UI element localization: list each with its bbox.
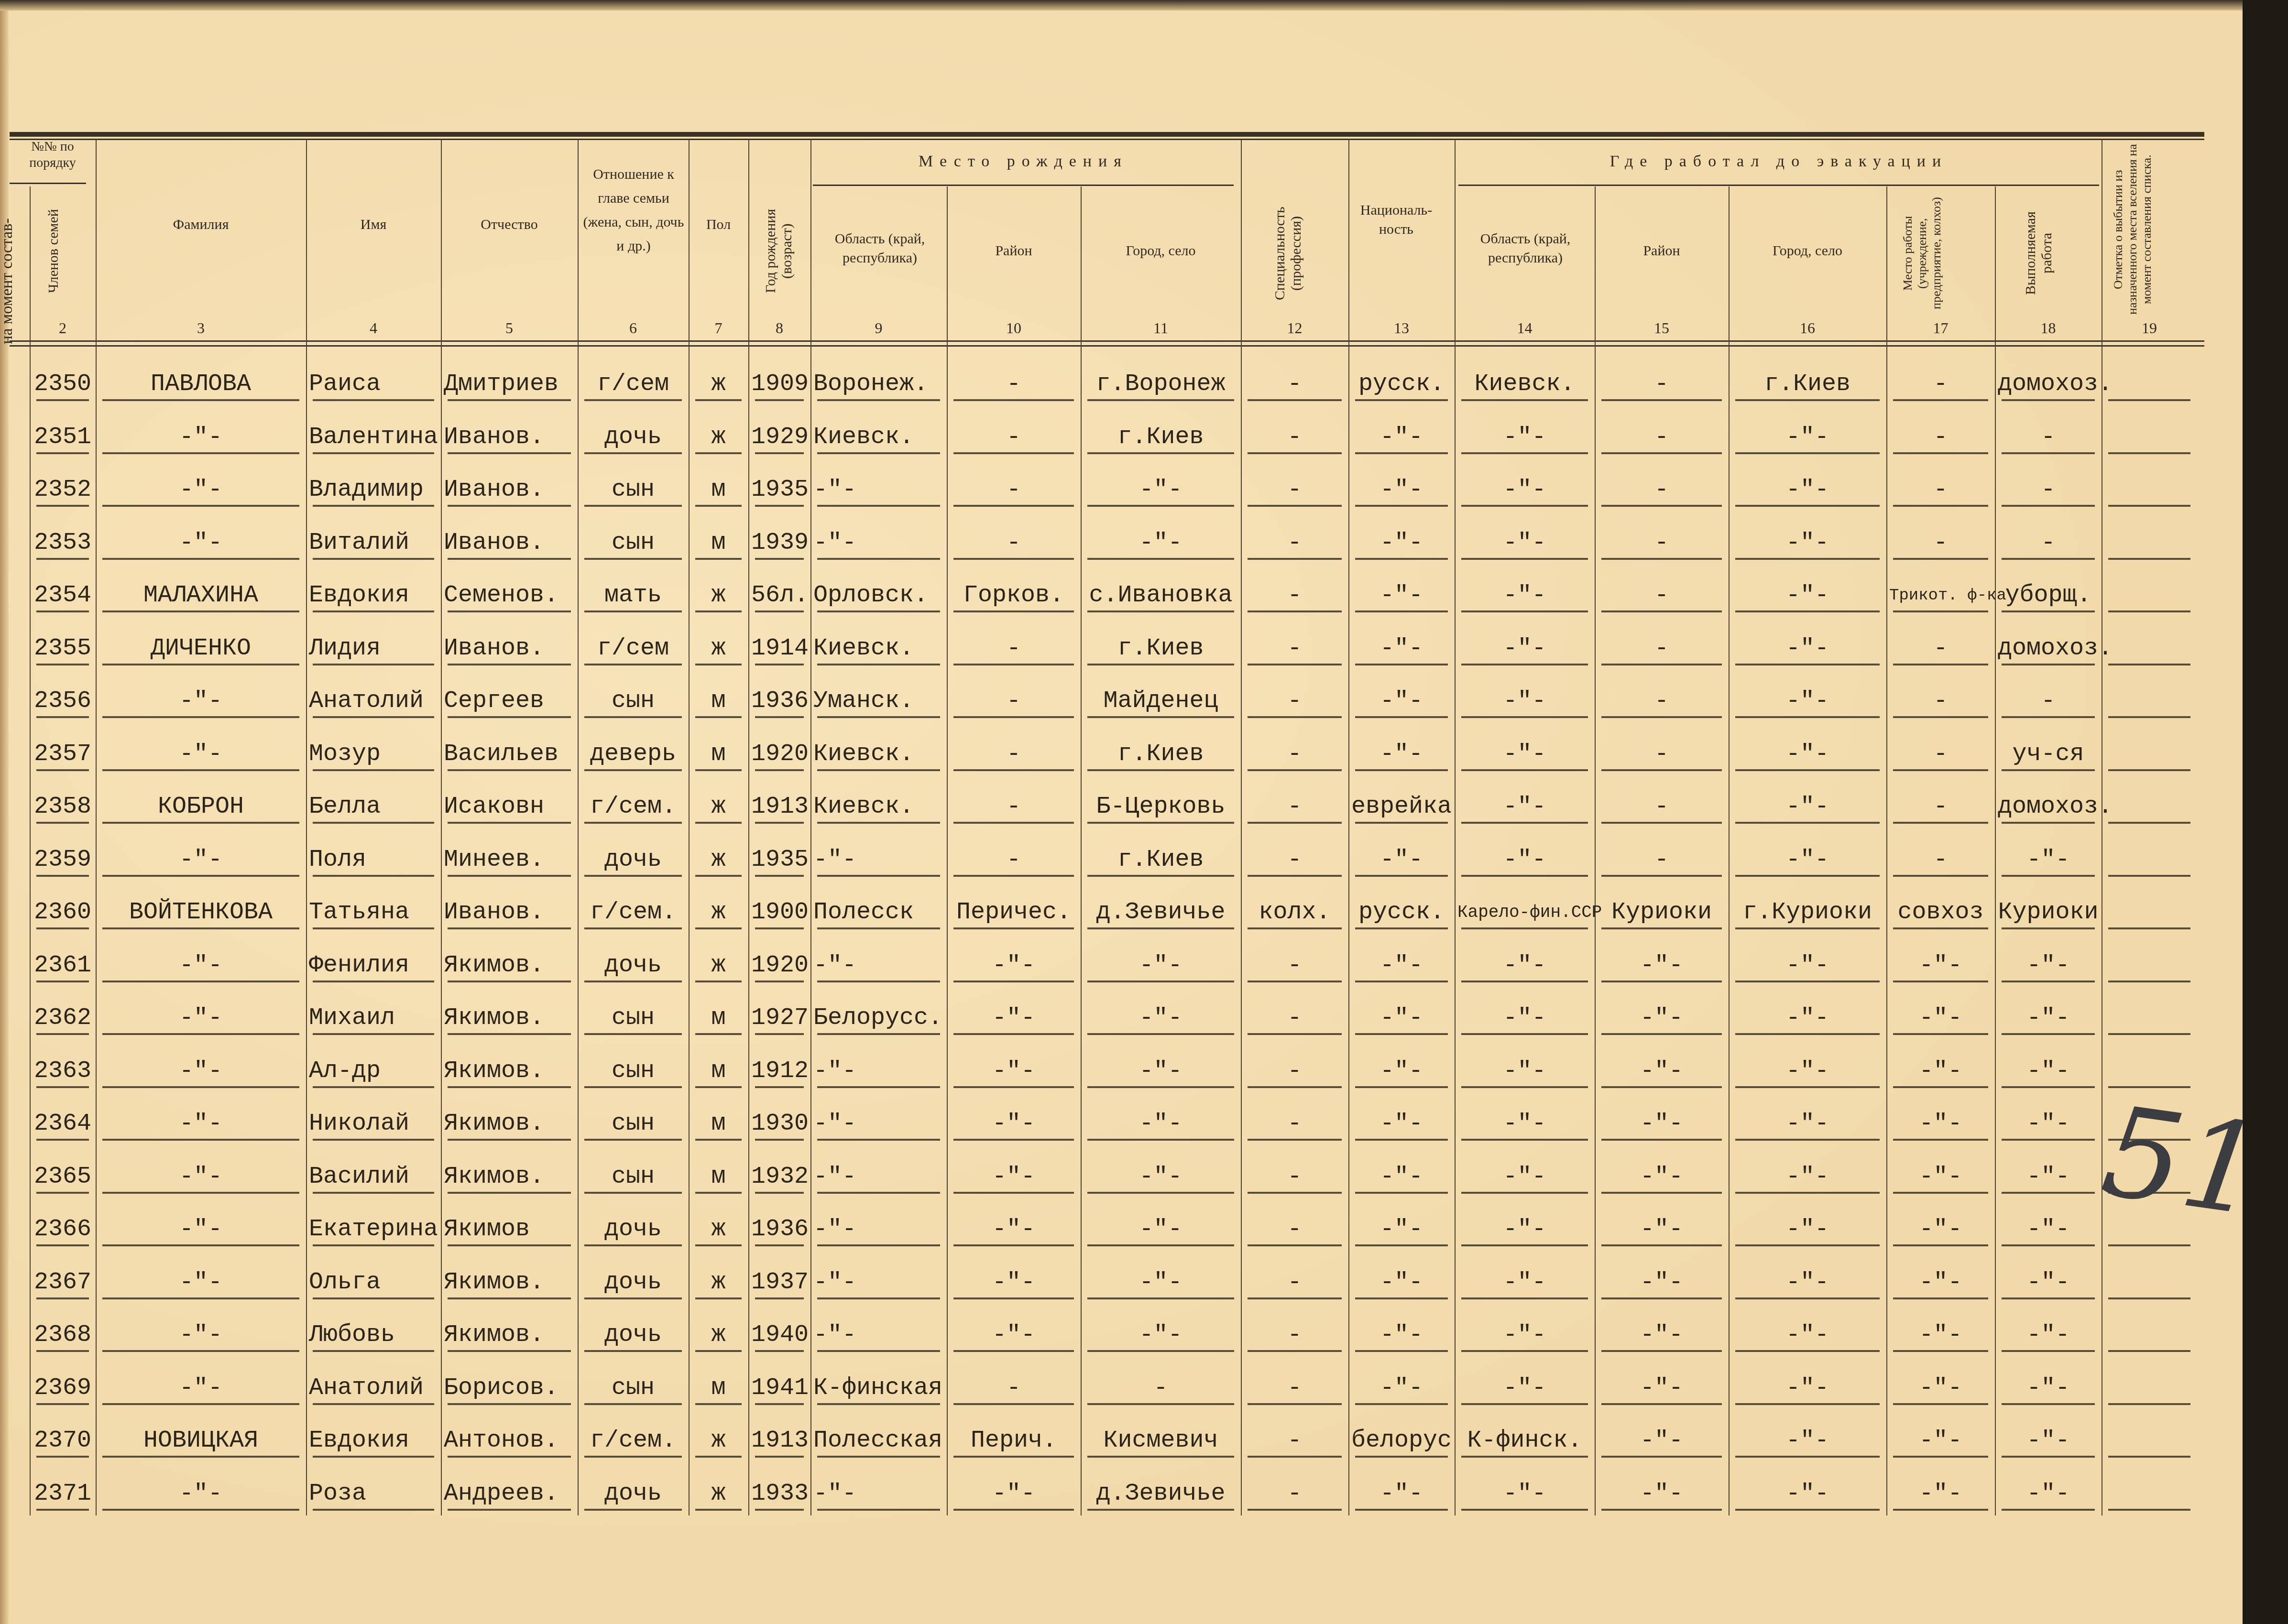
- cell-job: -"-: [1998, 1427, 2099, 1455]
- cell-work-city: -"-: [1731, 741, 1883, 768]
- cell-work-district: -: [1598, 424, 1726, 451]
- row-underline: [1248, 1403, 1342, 1405]
- row-underline: [1355, 822, 1448, 824]
- row-underline: [1735, 1086, 1880, 1088]
- row-underline: [817, 1244, 940, 1246]
- col-line: [1241, 139, 1242, 1515]
- row-underline: [1735, 1509, 1880, 1511]
- row-underline: [1087, 452, 1234, 454]
- cell-job: домохоз.: [1998, 371, 2099, 398]
- col-line: [1348, 139, 1349, 1515]
- cell-first-name: Ал-др: [309, 1057, 438, 1085]
- cell-nationality: белорус: [1351, 1427, 1452, 1455]
- row-underline: [1248, 1033, 1342, 1035]
- cell-nationality: -"-: [1351, 952, 1452, 980]
- row-underline: [1735, 769, 1880, 771]
- col-line: [689, 139, 690, 1515]
- cell-work-city: -"-: [1731, 1480, 1883, 1508]
- cell-work-region: -"-: [1457, 1163, 1592, 1191]
- row-underline: [1355, 981, 1448, 982]
- cell-first-name: Владимир: [309, 476, 438, 504]
- row-underline: [2108, 558, 2190, 560]
- row-underline: [1248, 664, 1342, 665]
- cell-row-number: 2365: [33, 1163, 93, 1191]
- row-underline: [1893, 1033, 1988, 1035]
- row-underline: [102, 769, 299, 771]
- row-underline: [1248, 1139, 1342, 1141]
- cell-birth-region: Орловск.: [813, 582, 944, 610]
- header-order-number: №№ по порядку: [10, 139, 96, 171]
- row-underline: [102, 875, 299, 877]
- row-underline: [2108, 610, 2190, 612]
- row-underline: [755, 399, 804, 401]
- row-underline: [1461, 399, 1588, 401]
- row-underline: [755, 1456, 804, 1458]
- row-underline: [584, 1139, 682, 1141]
- colnum-18: 18: [1995, 319, 2102, 338]
- row-underline: [584, 1244, 682, 1246]
- cell-birth-city: Б-Церковь: [1084, 793, 1238, 821]
- col-line: [1995, 186, 1996, 1515]
- row-underline: [817, 1403, 940, 1405]
- row-underline: [1601, 1456, 1722, 1458]
- cell-workplace: -: [1889, 529, 1992, 557]
- row-underline: [1248, 822, 1342, 824]
- row-underline: [1087, 1509, 1234, 1511]
- row-underline: [584, 1192, 682, 1194]
- row-underline: [584, 1086, 682, 1088]
- row-underline: [695, 1297, 742, 1299]
- header-bottom-rule: [10, 340, 2204, 342]
- cell-birth-year: 1920: [751, 952, 808, 980]
- row-underline: [2108, 505, 2190, 507]
- row-underline: [36, 1139, 89, 1141]
- cell-specialty: -: [1244, 846, 1346, 874]
- colnum-12: 12: [1241, 319, 1348, 338]
- row-underline: [755, 927, 804, 929]
- row-underline: [2002, 1244, 2095, 1246]
- cell-birth-city: -"-: [1084, 952, 1238, 980]
- cell-patronymic: Иванов.: [444, 899, 575, 926]
- cell-birth-year: 1936: [751, 687, 808, 715]
- cell-birth-region: Киевск.: [813, 635, 944, 663]
- header-birth-year: Год рождения (возраст): [763, 186, 796, 316]
- row-underline: [102, 822, 299, 824]
- cell-nationality: -"-: [1351, 1216, 1452, 1243]
- row-underline: [1461, 1244, 1588, 1246]
- header-work-district: Район: [1595, 241, 1729, 261]
- cell-row-number: 2351: [33, 424, 93, 451]
- row-underline: [695, 1509, 742, 1511]
- cell-surname: -"-: [99, 1110, 303, 1138]
- row-underline: [953, 981, 1074, 982]
- row-underline: [36, 769, 89, 771]
- cell-birth-city: с.Ивановка: [1084, 582, 1238, 610]
- cell-work-district: -: [1598, 582, 1726, 610]
- cell-surname: -"-: [99, 424, 303, 451]
- cell-relation: дочь: [580, 846, 686, 874]
- row-underline: [1735, 1403, 1880, 1405]
- row-underline: [755, 1509, 804, 1511]
- row-underline: [2108, 399, 2190, 401]
- row-underline: [102, 1456, 299, 1458]
- scan-border: [2243, 0, 2288, 1624]
- col-line: [947, 186, 948, 1515]
- row-underline: [448, 1033, 571, 1035]
- row-underline: [953, 769, 1074, 771]
- cell-work-city: -"-: [1731, 952, 1883, 980]
- cell-sex: ж: [691, 1480, 745, 1508]
- row-underline: [584, 1350, 682, 1352]
- cell-patronymic: Иванов.: [444, 529, 575, 557]
- cell-specialty: -: [1244, 582, 1346, 610]
- cell-nationality: -"-: [1351, 635, 1452, 663]
- row-underline: [695, 664, 742, 665]
- row-underline: [817, 505, 940, 507]
- cell-nationality: -"-: [1351, 687, 1452, 715]
- cell-work-district: -"-: [1598, 1110, 1726, 1138]
- row-underline: [102, 664, 299, 665]
- row-underline: [953, 1086, 1074, 1088]
- cell-birth-district: -"-: [950, 1057, 1078, 1085]
- col-line: [1081, 186, 1082, 1515]
- row-underline: [695, 716, 742, 718]
- row-underline: [817, 558, 940, 560]
- row-underline: [817, 1033, 940, 1035]
- archival-evacuee-list-page: на момент состав- №№ по порядку Членов с…: [0, 0, 2243, 1624]
- row-underline: [2108, 822, 2190, 824]
- row-underline: [817, 1192, 940, 1194]
- row-underline: [817, 927, 940, 929]
- cell-work-district: -"-: [1598, 1269, 1726, 1297]
- cell-specialty: -: [1244, 687, 1346, 715]
- cell-sex: м: [691, 1057, 745, 1085]
- row-underline: [313, 399, 434, 401]
- row-underline: [755, 1086, 804, 1088]
- cell-birth-district: -"-: [950, 952, 1078, 980]
- cell-specialty: -: [1244, 1374, 1346, 1402]
- row-underline: [1355, 1456, 1448, 1458]
- cell-relation: г/сем: [580, 371, 686, 398]
- cell-patronymic: Якимов.: [444, 1004, 575, 1032]
- cell-first-name: Анатолий: [309, 687, 438, 715]
- cell-work-region: -"-: [1457, 635, 1592, 663]
- row-underline: [1893, 1403, 1988, 1405]
- cell-sex: м: [691, 1004, 745, 1032]
- cell-birth-district: -: [950, 687, 1078, 715]
- row-underline: [2002, 875, 2095, 877]
- cell-relation: дочь: [580, 1480, 686, 1508]
- cell-work-city: -"-: [1731, 687, 1883, 715]
- cell-first-name: Екатерина: [309, 1216, 438, 1243]
- numbering-rule: [10, 183, 86, 184]
- cell-relation: мать: [580, 582, 686, 610]
- row-underline: [2002, 822, 2095, 824]
- cell-birth-city: -"-: [1084, 1057, 1238, 1085]
- colnum-11: 11: [1081, 319, 1241, 338]
- cell-sex: ж: [691, 635, 745, 663]
- cell-surname: ВОЙТЕНКОВА: [99, 899, 303, 926]
- cell-work-city: -"-: [1731, 846, 1883, 874]
- row-underline: [313, 822, 434, 824]
- cell-workplace: -"-: [1889, 1269, 1992, 1297]
- row-underline: [448, 822, 571, 824]
- row-underline: [755, 664, 804, 665]
- cell-work-region: Киевск.: [1457, 371, 1592, 398]
- row-underline: [584, 399, 682, 401]
- cell-birth-region: Уманск.: [813, 687, 944, 715]
- cell-patronymic: Якимов.: [444, 1110, 575, 1138]
- row-underline: [1087, 1086, 1234, 1088]
- row-underline: [1893, 769, 1988, 771]
- cell-job: -"-: [1998, 1004, 2099, 1032]
- cell-job: -"-: [1998, 1057, 2099, 1085]
- cell-job: -"-: [1998, 1374, 2099, 1402]
- cell-birth-year: 1935: [751, 476, 808, 504]
- cell-relation: дочь: [580, 1321, 686, 1349]
- cell-birth-city: г.Киев: [1084, 424, 1238, 451]
- cell-work-district: -: [1598, 741, 1726, 768]
- row-underline: [755, 716, 804, 718]
- cell-nationality: -"-: [1351, 1269, 1452, 1297]
- row-underline: [2108, 452, 2190, 454]
- cell-birth-year: 1900: [751, 899, 808, 926]
- colnum-8: 8: [748, 319, 810, 338]
- row-underline: [755, 769, 804, 771]
- row-underline: [584, 1033, 682, 1035]
- row-underline: [36, 610, 89, 612]
- row-underline: [584, 981, 682, 982]
- cell-first-name: Евдокия: [309, 582, 438, 610]
- row-underline: [2002, 1297, 2095, 1299]
- cell-workplace: совхоз: [1889, 899, 1992, 926]
- row-underline: [448, 610, 571, 612]
- cell-work-region: -"-: [1457, 846, 1592, 874]
- cell-sex: ж: [691, 1427, 745, 1455]
- cell-job: -: [1998, 687, 2099, 715]
- cell-specialty: -: [1244, 1057, 1346, 1085]
- row-underline: [2108, 664, 2190, 665]
- cell-work-city: -"-: [1731, 635, 1883, 663]
- cell-birth-city: г.Киев: [1084, 741, 1238, 768]
- cell-workplace: -"-: [1889, 1163, 1992, 1191]
- cell-nationality: -"-: [1351, 529, 1452, 557]
- cell-specialty: -: [1244, 371, 1346, 398]
- row-underline: [2108, 769, 2190, 771]
- row-underline: [1248, 610, 1342, 612]
- row-underline: [1601, 558, 1722, 560]
- cell-surname: -"-: [99, 476, 303, 504]
- cell-birth-city: г.Киев: [1084, 635, 1238, 663]
- row-underline: [755, 1297, 804, 1299]
- row-underline: [953, 822, 1074, 824]
- row-underline: [695, 1403, 742, 1405]
- cell-surname: -"-: [99, 1057, 303, 1085]
- colnum-9: 9: [810, 319, 947, 338]
- row-underline: [1601, 610, 1722, 612]
- cell-nationality: -"-: [1351, 1163, 1452, 1191]
- row-underline: [1461, 1509, 1588, 1511]
- row-underline: [448, 1350, 571, 1352]
- row-underline: [1248, 505, 1342, 507]
- row-underline: [1601, 1297, 1722, 1299]
- row-underline: [755, 822, 804, 824]
- cell-work-city: г.Киев: [1731, 371, 1883, 398]
- cell-work-region: -"-: [1457, 529, 1592, 557]
- cell-birth-district: -"-: [950, 1110, 1078, 1138]
- row-underline: [102, 1403, 299, 1405]
- cell-patronymic: Иванов.: [444, 424, 575, 451]
- cell-work-district: -"-: [1598, 1163, 1726, 1191]
- cell-birth-region: Киевск.: [813, 424, 944, 451]
- colnum-13: 13: [1348, 319, 1455, 338]
- row-underline: [36, 505, 89, 507]
- row-underline: [1461, 1033, 1588, 1035]
- row-underline: [313, 1033, 434, 1035]
- cell-specialty: -: [1244, 1216, 1346, 1243]
- cell-specialty: -: [1244, 1269, 1346, 1297]
- row-underline: [953, 927, 1074, 929]
- cell-first-name: Виталий: [309, 529, 438, 557]
- cell-work-district: Куриоки: [1598, 899, 1726, 926]
- col-line: [441, 139, 442, 1515]
- row-underline: [1601, 1192, 1722, 1194]
- cell-specialty: -: [1244, 741, 1346, 768]
- row-underline: [755, 1139, 804, 1141]
- row-underline: [1461, 610, 1588, 612]
- cell-patronymic: Якимов.: [444, 1163, 575, 1191]
- cell-specialty: -: [1244, 1321, 1346, 1349]
- cell-relation: сын: [580, 687, 686, 715]
- row-underline: [36, 981, 89, 982]
- cell-work-district: -"-: [1598, 1374, 1726, 1402]
- cell-birth-year: 56л.: [751, 582, 808, 610]
- row-underline: [448, 981, 571, 982]
- row-underline: [1355, 927, 1448, 929]
- cell-sex: ж: [691, 1269, 745, 1297]
- cell-surname: НОВИЦКАЯ: [99, 1427, 303, 1455]
- cell-specialty: -: [1244, 476, 1346, 504]
- cell-sex: ж: [691, 582, 745, 610]
- cell-birth-district: -: [950, 371, 1078, 398]
- cell-birth-district: -"-: [950, 1321, 1078, 1349]
- row-underline: [1735, 1192, 1880, 1194]
- cell-work-city: -"-: [1731, 1427, 1883, 1455]
- cell-first-name: Роза: [309, 1480, 438, 1508]
- row-underline: [448, 1139, 571, 1141]
- cell-birth-region: Полесск: [813, 899, 944, 926]
- col-line: [30, 186, 31, 1515]
- row-underline: [2108, 1509, 2190, 1511]
- cell-work-city: г.Куриоки: [1731, 899, 1883, 926]
- work-group-rule: [1458, 185, 2099, 186]
- cell-row-number: 2350: [33, 371, 93, 398]
- row-underline: [448, 558, 571, 560]
- birthplace-group-rule: [813, 185, 1234, 186]
- row-underline: [1735, 399, 1880, 401]
- cell-surname: -"-: [99, 1374, 303, 1402]
- cell-birth-district: Перичес.: [950, 899, 1078, 926]
- row-underline: [36, 927, 89, 929]
- row-underline: [755, 1033, 804, 1035]
- header-surname: Фамилия: [96, 215, 306, 234]
- row-underline: [1735, 1297, 1880, 1299]
- colnum-15: 15: [1595, 319, 1729, 338]
- row-underline: [36, 558, 89, 560]
- row-underline: [1735, 981, 1880, 982]
- cell-nationality: -"-: [1351, 846, 1452, 874]
- row-underline: [448, 875, 571, 877]
- cell-row-number: 2369: [33, 1374, 93, 1402]
- row-underline: [2108, 927, 2190, 929]
- cell-birth-city: Майденец: [1084, 687, 1238, 715]
- row-underline: [1355, 1033, 1448, 1035]
- row-underline: [1087, 1350, 1234, 1352]
- row-underline: [36, 1350, 89, 1352]
- row-underline: [584, 1509, 682, 1511]
- cell-job: домохоз.: [1998, 793, 2099, 821]
- cell-nationality: -"-: [1351, 741, 1452, 768]
- row-underline: [755, 452, 804, 454]
- cell-birth-district: -"-: [950, 1216, 1078, 1243]
- cell-work-district: -: [1598, 476, 1726, 504]
- cell-birth-district: -: [950, 741, 1078, 768]
- colnum-19: 19: [2102, 319, 2197, 338]
- row-underline: [817, 981, 940, 982]
- cell-birth-year: 1940: [751, 1321, 808, 1349]
- row-underline: [695, 1139, 742, 1141]
- cell-work-region: -"-: [1457, 1321, 1592, 1349]
- cell-sex: ж: [691, 846, 745, 874]
- row-underline: [313, 716, 434, 718]
- cell-specialty: -: [1244, 1110, 1346, 1138]
- row-underline: [2108, 981, 2190, 982]
- row-underline: [1248, 1192, 1342, 1194]
- header-top-rule: [10, 132, 2204, 137]
- cell-relation: г/сем.: [580, 1427, 686, 1455]
- row-underline: [755, 875, 804, 877]
- cell-birth-city: -"-: [1084, 1110, 1238, 1138]
- header-work-region: Область (край, республика): [1456, 229, 1595, 268]
- row-underline: [953, 505, 1074, 507]
- cell-sex: м: [691, 741, 745, 768]
- row-underline: [1461, 822, 1588, 824]
- row-underline: [36, 664, 89, 665]
- colnum-6: 6: [578, 319, 689, 338]
- cell-first-name: Валентина: [309, 424, 438, 451]
- row-underline: [1355, 399, 1448, 401]
- cell-patronymic: Борисов.: [444, 1374, 575, 1402]
- row-underline: [102, 558, 299, 560]
- cell-workplace: -: [1889, 476, 1992, 504]
- cell-birth-year: 1937: [751, 1269, 808, 1297]
- row-underline: [2108, 1350, 2190, 1352]
- row-underline: [448, 927, 571, 929]
- row-underline: [102, 610, 299, 612]
- cell-first-name: Михаил: [309, 1004, 438, 1032]
- row-underline: [36, 1244, 89, 1246]
- row-underline: [1601, 981, 1722, 982]
- row-underline: [695, 452, 742, 454]
- header-specialty: Специальность (профессия): [1272, 191, 1310, 316]
- cell-birth-district: -"-: [950, 1480, 1078, 1508]
- row-underline: [102, 1139, 299, 1141]
- cell-specialty: -: [1244, 1163, 1346, 1191]
- row-underline: [1461, 558, 1588, 560]
- cell-work-district: -: [1598, 635, 1726, 663]
- cell-work-region: -"-: [1457, 741, 1592, 768]
- cell-job: уч-ся: [1998, 741, 2099, 768]
